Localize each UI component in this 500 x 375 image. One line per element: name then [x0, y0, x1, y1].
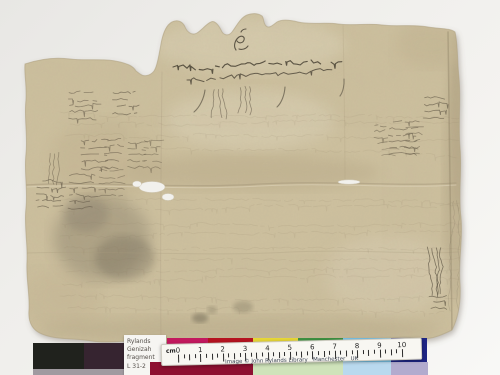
ruler-number-2: 2: [220, 345, 225, 353]
ruler-number-6: 6: [310, 343, 315, 351]
ruler-number-10: 10: [397, 341, 406, 349]
ruler-unit-label: cm: [166, 347, 176, 354]
ruler-tick: [206, 353, 207, 357]
ruler-tick: [284, 351, 285, 355]
ruler-tick: [318, 351, 319, 355]
ruler-number-0: 0: [176, 346, 181, 354]
ruler-number-1: 1: [198, 345, 203, 353]
ruler-tick: [374, 349, 375, 353]
ruler-tick: [363, 350, 364, 354]
ruler-tick: [217, 353, 218, 357]
ruler-tick: [346, 350, 347, 356]
photograph-of-genizah-fragment: Rylands Genizah fragment L 31-2 cm Image…: [0, 0, 500, 375]
ruler-tick: [324, 351, 325, 357]
ruler-tick: [212, 353, 213, 359]
ruler-tick: [340, 350, 341, 354]
ruler-tick: [307, 351, 308, 355]
ruler-tick: [262, 352, 263, 356]
ruler-tick: [228, 353, 229, 357]
ruler-tick: [352, 350, 353, 354]
ruler-tick: [189, 354, 190, 360]
ruler-tick: [279, 352, 280, 358]
film-patch-black: [33, 343, 84, 369]
ruler-tick: [402, 349, 403, 357]
color-patch-pale-blue: [343, 362, 391, 375]
ruler-tick: [251, 352, 252, 356]
ruler-tick: [385, 349, 386, 353]
color-patch-lavender: [391, 362, 428, 375]
ruler-tick: [357, 350, 358, 358]
ruler-tick: [329, 350, 330, 354]
film-gray-bar: [33, 369, 130, 375]
ruler-tick: [368, 349, 369, 355]
ruler-tick: [234, 353, 235, 359]
ruler-tick: [256, 352, 257, 358]
ruler-tick: [290, 351, 291, 359]
ruler-number-7: 7: [332, 342, 337, 350]
ruler-tick: [200, 354, 201, 362]
ruler-tick: [391, 349, 392, 355]
ruler-tick: [380, 349, 381, 357]
ruler-number-9: 9: [377, 341, 382, 349]
ruler-tick: [273, 352, 274, 356]
ruler-tick: [245, 352, 246, 360]
ruler-tick: [335, 350, 336, 358]
ruler-number-5: 5: [288, 343, 293, 351]
ruler-tick: [178, 354, 179, 362]
ruler-number-3: 3: [243, 344, 248, 352]
ruler-tick: [396, 349, 397, 353]
ruler-tick: [296, 351, 297, 355]
ruler-tick: [312, 351, 313, 359]
manuscript-fragment: [0, 0, 500, 375]
ruler-tick: [301, 351, 302, 357]
ruler-tick: [223, 353, 224, 361]
ruler-tick: [240, 353, 241, 357]
ruler-number-8: 8: [355, 342, 360, 350]
ruler-number-4: 4: [265, 344, 270, 352]
ruler-tick: [184, 354, 185, 358]
ruler-tick: [195, 354, 196, 358]
ruler-tick: [268, 352, 269, 360]
